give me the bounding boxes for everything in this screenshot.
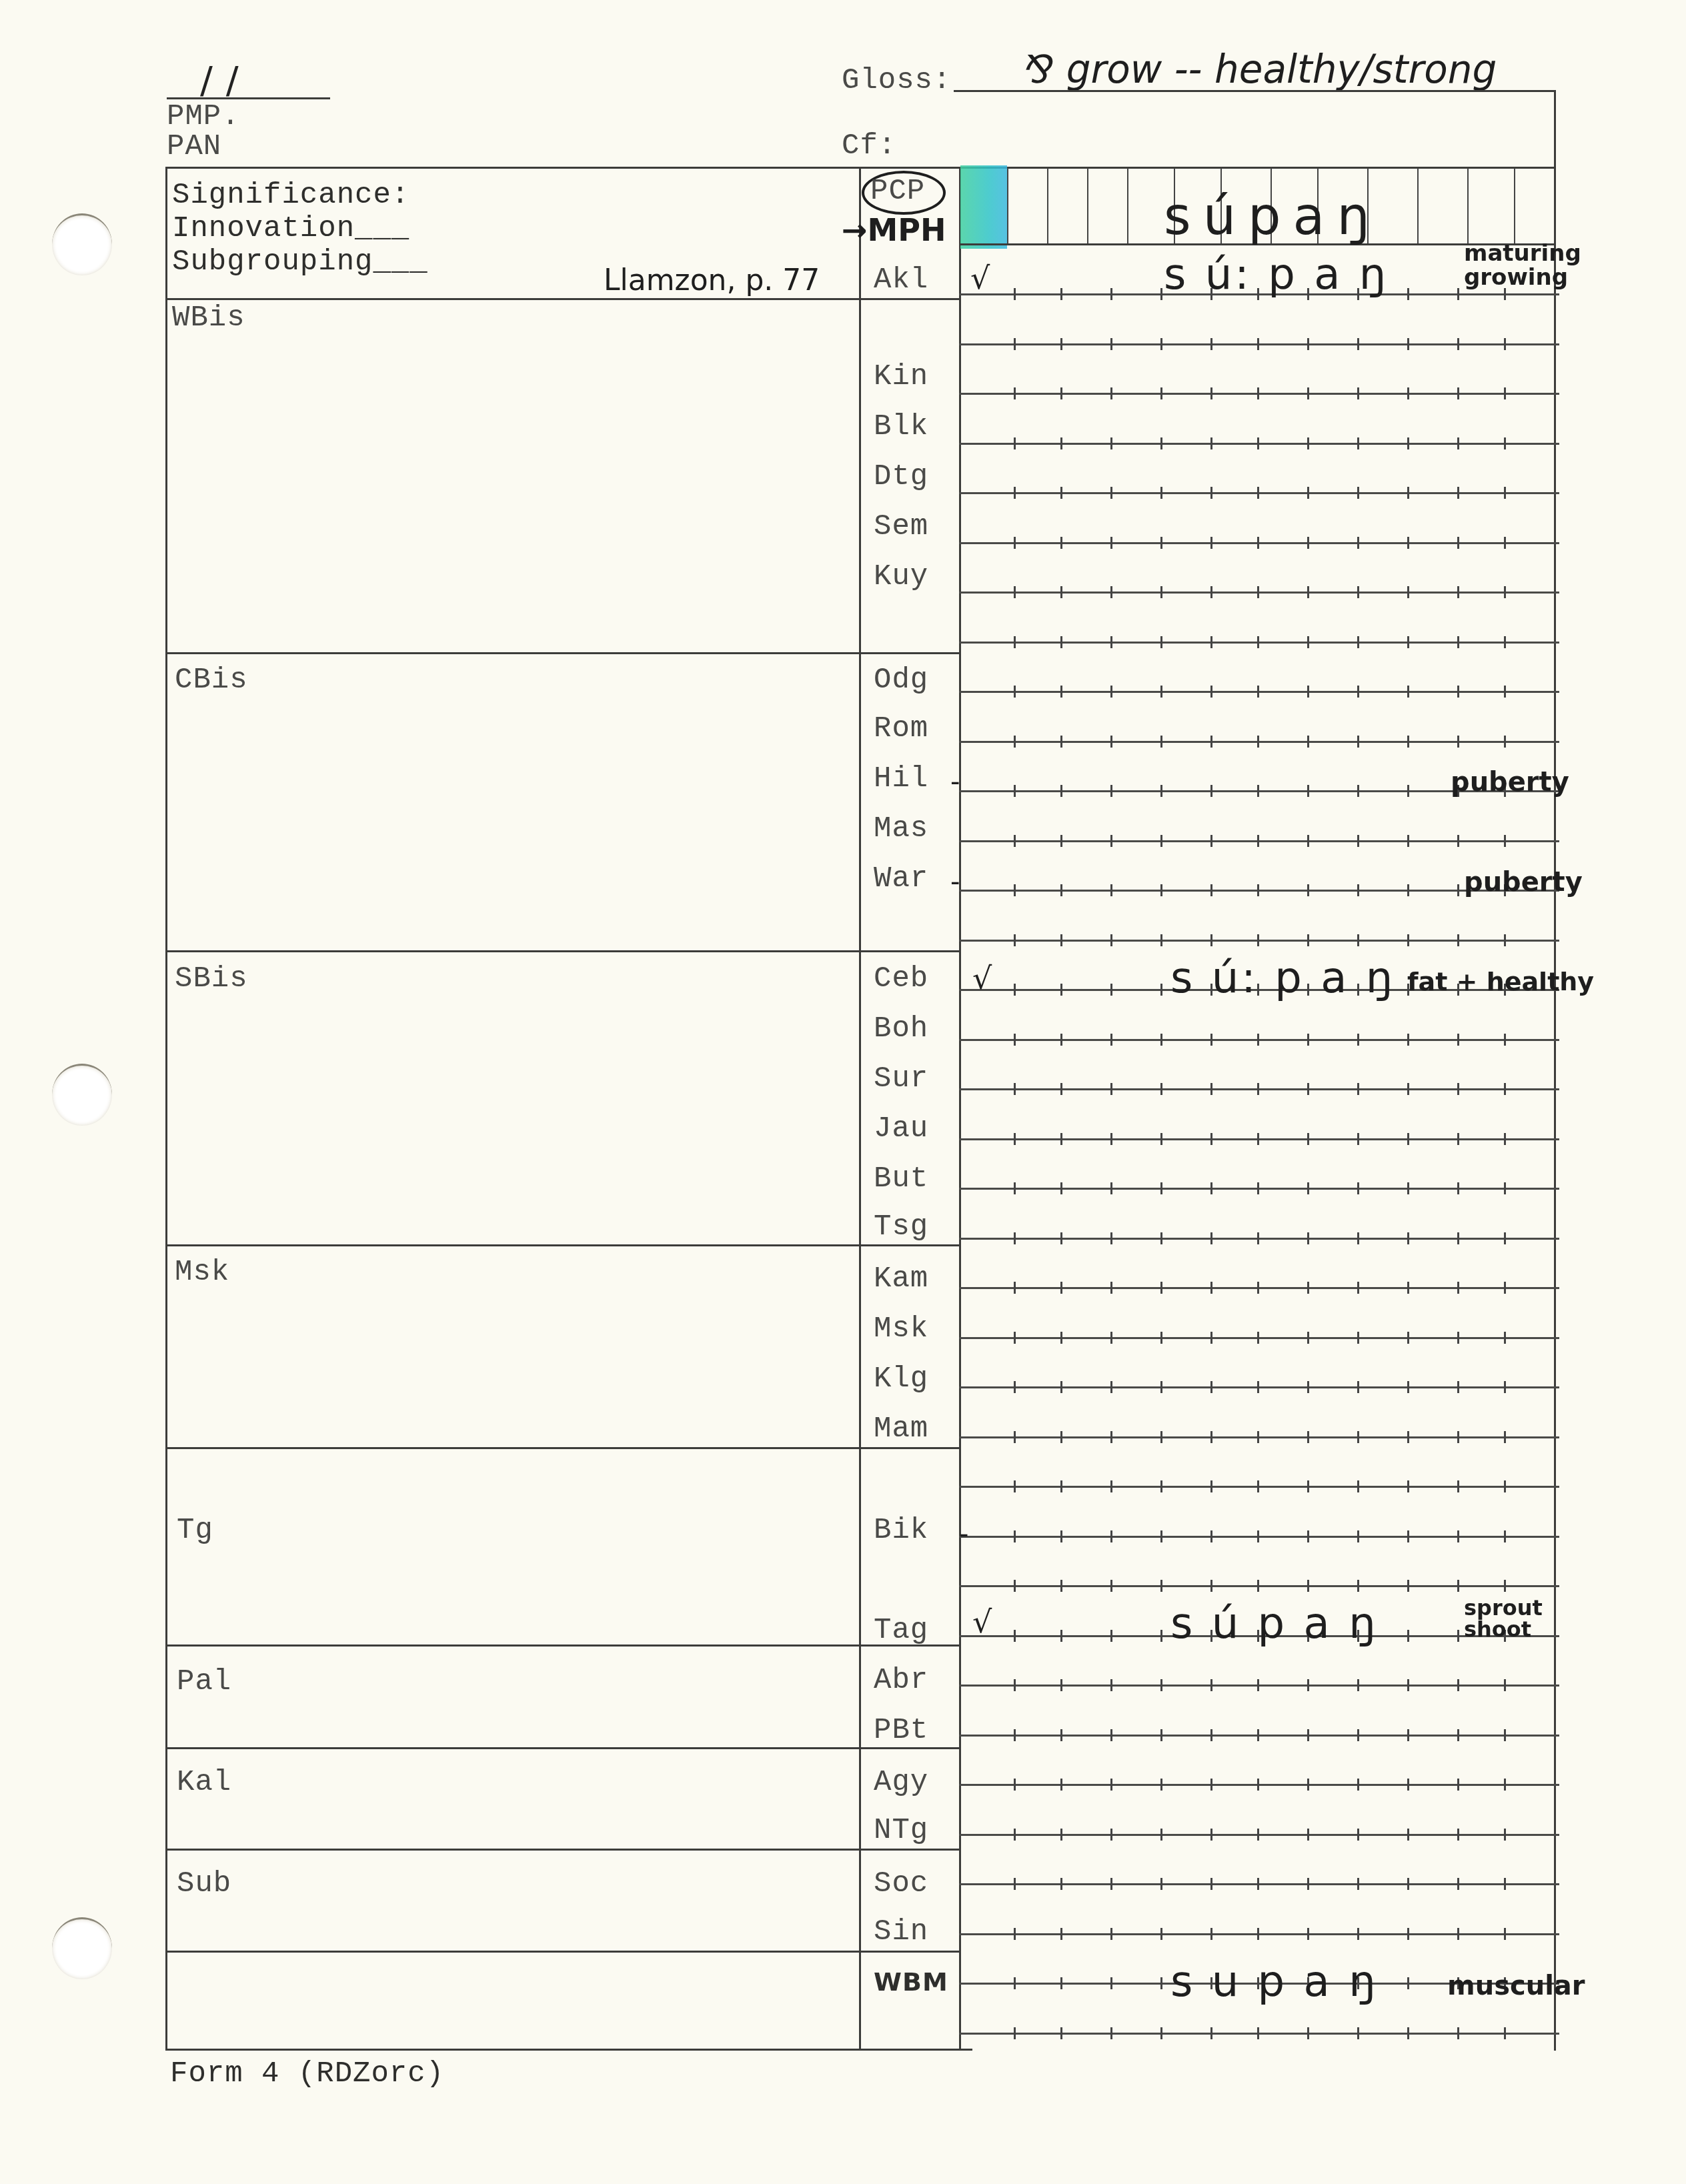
ruled-line-tick xyxy=(1457,487,1459,499)
ruled-line-tick xyxy=(1504,1282,1506,1294)
section-label-tg: Tg xyxy=(177,1514,213,1547)
ruled-line-tick xyxy=(1357,785,1359,797)
ruled-line-tick xyxy=(1110,686,1112,698)
ruled-line-tick xyxy=(1504,1679,1506,1691)
ruled-line-tick xyxy=(1060,1829,1062,1841)
section-divider xyxy=(165,1645,961,1647)
punch-hole-bottom xyxy=(52,1917,112,1979)
ruled-line-tick xyxy=(1060,1381,1062,1393)
entry-bik-mark: - xyxy=(959,1519,968,1550)
ruled-line-tick xyxy=(1407,686,1409,698)
subgrouping-field[interactable]: Subgrouping___ xyxy=(172,245,428,279)
ruled-line-tick xyxy=(1210,1034,1212,1046)
ruled-line-tick xyxy=(1110,1480,1112,1492)
ruled-line-tick xyxy=(1060,1282,1062,1294)
ruled-line-tick xyxy=(1160,2027,1162,2039)
ruled-line-tick xyxy=(1407,1182,1409,1194)
ruled-line-tick xyxy=(1357,437,1359,449)
ruled-line-tick xyxy=(1307,884,1309,896)
ruled-line-tick xyxy=(1307,1829,1309,1841)
ruled-line-tick xyxy=(1014,934,1016,946)
form-label: Form 4 (RDZorc) xyxy=(170,2057,444,2091)
ruled-line-tick xyxy=(1504,437,1506,449)
ruled-line-tick xyxy=(1307,686,1309,698)
section-divider xyxy=(165,1849,961,1851)
ruled-line-tick xyxy=(1110,1630,1112,1642)
ruled-line xyxy=(959,1536,1559,1538)
language-label-hil: Hil xyxy=(874,762,960,796)
ruled-line xyxy=(959,1337,1559,1339)
gloss-label: Gloss: xyxy=(842,64,951,97)
ruled-line-tick xyxy=(1060,1580,1062,1592)
ruled-line-tick xyxy=(1110,785,1112,797)
language-label-ceb: Ceb xyxy=(874,962,960,996)
ruled-line xyxy=(959,940,1559,942)
ruled-line-tick xyxy=(1357,1829,1359,1841)
ruled-line xyxy=(959,1088,1559,1090)
ruled-line-tick xyxy=(1110,1829,1112,1841)
language-label-jau: Jau xyxy=(874,1112,960,1146)
ruled-line-tick xyxy=(1110,1083,1112,1095)
ruled-line-tick xyxy=(1357,1381,1359,1393)
ruled-line-tick xyxy=(1307,338,1309,350)
ruled-line-tick xyxy=(1504,537,1506,549)
ruled-line-tick xyxy=(1407,487,1409,499)
ruled-line-tick xyxy=(1407,1829,1409,1841)
ruled-line-tick xyxy=(1407,1133,1409,1145)
ruled-line-tick xyxy=(1357,537,1359,549)
ruled-line-tick xyxy=(1357,387,1359,399)
ruled-line-tick xyxy=(1257,1878,1259,1890)
ruled-line-tick xyxy=(1457,437,1459,449)
ruled-line-tick xyxy=(1110,1580,1112,1592)
ruled-line-tick xyxy=(1307,785,1309,797)
ruled-line-tick xyxy=(1014,1679,1016,1691)
entry-wbm-gloss[interactable]: muscular xyxy=(1447,1971,1585,2001)
section-divider xyxy=(165,1244,961,1246)
ruled-line xyxy=(959,840,1559,842)
section-divider xyxy=(165,652,961,654)
language-label-msk: Msk xyxy=(874,1312,960,1346)
ruled-line-tick xyxy=(1457,387,1459,399)
ruled-line-tick xyxy=(1014,2027,1016,2039)
ruled-line-tick xyxy=(1407,1878,1409,1890)
ruled-line-tick xyxy=(1014,1729,1016,1741)
reconstruction-form[interactable]: súpaŋ xyxy=(1164,187,1382,247)
reconstruction-cell-divider xyxy=(1514,168,1515,243)
ruled-line-tick xyxy=(1160,487,1162,499)
ruled-line-tick xyxy=(1307,487,1309,499)
ruled-line-tick xyxy=(1504,736,1506,748)
language-label-soc: Soc xyxy=(874,1867,960,1901)
ruled-line-tick xyxy=(1014,1829,1016,1841)
ruled-line-tick xyxy=(1407,1232,1409,1244)
ruled-line xyxy=(959,691,1559,693)
section-label-cbis: CBis xyxy=(175,664,248,697)
ruled-line-tick xyxy=(1357,1332,1359,1344)
cf-label: Cf: xyxy=(842,129,896,163)
ruled-line-tick xyxy=(1457,1679,1459,1691)
language-label-sem: Sem xyxy=(874,510,960,543)
ruled-line xyxy=(959,343,1559,345)
ruled-line-tick xyxy=(1457,1878,1459,1890)
ruled-line-tick xyxy=(1014,1282,1016,1294)
ruled-line-tick xyxy=(1060,1530,1062,1542)
ruled-line-tick xyxy=(1357,1779,1359,1791)
ruled-line-tick xyxy=(1357,934,1359,946)
language-label-mas: Mas xyxy=(874,812,960,846)
ruled-line-tick xyxy=(1407,288,1409,300)
ruled-line-tick xyxy=(1160,1381,1162,1393)
ruled-line-tick xyxy=(1160,1779,1162,1791)
ruled-line-tick xyxy=(1407,1480,1409,1492)
ruled-line xyxy=(959,741,1559,743)
entry-akl-gloss[interactable]: maturing growing xyxy=(1464,241,1564,289)
section-label-msk: Msk xyxy=(175,1256,229,1289)
ruled-line-tick xyxy=(1210,1928,1212,1940)
language-label-blk: Blk xyxy=(874,410,960,443)
language-label-war: War xyxy=(874,862,960,896)
grid-right-edge xyxy=(1554,167,1556,2051)
ruled-line-tick xyxy=(1457,1580,1459,1592)
ruled-line-tick xyxy=(1160,387,1162,399)
ruled-line-tick xyxy=(1457,338,1459,350)
language-label-but: But xyxy=(874,1162,960,1196)
ruled-line-tick xyxy=(1110,1977,1112,1989)
ruled-line-tick xyxy=(1307,1779,1309,1791)
language-label-agy: Agy xyxy=(874,1766,960,1799)
ruled-line-tick xyxy=(1407,1530,1409,1542)
ruled-line-tick xyxy=(1407,1729,1409,1741)
ruled-line-tick xyxy=(1014,1580,1016,1592)
ruled-line-tick xyxy=(1210,1878,1212,1890)
ruled-line-tick xyxy=(1160,1530,1162,1542)
ruled-line-tick xyxy=(1457,884,1459,896)
divider-left-panel xyxy=(859,167,861,2051)
ruled-line-tick xyxy=(1014,1083,1016,1095)
ruled-line-tick xyxy=(1110,1679,1112,1691)
entry-tag-form[interactable]: s ú p a ŋ xyxy=(1170,1599,1379,1649)
language-label-sin: Sin xyxy=(874,1915,960,1949)
ruled-line-tick xyxy=(1257,1580,1259,1592)
ruled-line-tick xyxy=(1457,1829,1459,1841)
ruled-line-tick xyxy=(1457,1034,1459,1046)
ruled-line-tick xyxy=(1407,1630,1409,1642)
ruled-line-tick xyxy=(1210,1332,1212,1344)
ruled-line-tick xyxy=(1014,686,1016,698)
ruled-line-tick xyxy=(1110,1282,1112,1294)
ruled-line-tick xyxy=(1210,437,1212,449)
language-label-kin: Kin xyxy=(874,360,960,393)
language-label-odg: Odg xyxy=(874,664,960,697)
ruled-line-tick xyxy=(1014,1977,1016,1989)
entry-akl-form[interactable]: s ú: p a ŋ xyxy=(1164,250,1389,299)
ruled-line-tick xyxy=(1110,387,1112,399)
reference-note: Llamzon, p. 77 xyxy=(604,263,820,297)
entry-akl-mark: √ xyxy=(970,260,990,296)
ruled-line-tick xyxy=(1060,1034,1062,1046)
ruled-line xyxy=(959,1486,1559,1488)
ruled-line-tick xyxy=(1357,487,1359,499)
entry-ceb-gloss[interactable]: fat + healthy xyxy=(1407,967,1594,996)
ruled-line-tick xyxy=(1457,636,1459,648)
ruled-line-tick xyxy=(1357,1580,1359,1592)
ruled-line-tick xyxy=(1110,1332,1112,1344)
ruled-line-tick xyxy=(1060,1480,1062,1492)
ruled-line-tick xyxy=(1110,1530,1112,1542)
ruled-line-tick xyxy=(1014,1431,1016,1443)
ruled-line-tick xyxy=(1257,1779,1259,1791)
ruled-line-tick xyxy=(1357,1182,1359,1194)
ruled-line-tick xyxy=(1014,785,1016,797)
ruled-line-tick xyxy=(1160,835,1162,847)
ruled-line xyxy=(959,1287,1559,1289)
ruled-line-tick xyxy=(1257,1679,1259,1691)
ruled-line-tick xyxy=(1257,487,1259,499)
ruled-line-tick xyxy=(1307,387,1309,399)
entry-hil-mark: - xyxy=(950,767,960,798)
reconstruction-cell-divider xyxy=(1047,168,1048,243)
ruled-line xyxy=(959,1386,1559,1388)
ruled-line-tick xyxy=(1307,1034,1309,1046)
ruled-line-tick xyxy=(1014,288,1016,300)
ruled-line-tick xyxy=(1014,1630,1016,1642)
ruled-line-tick xyxy=(1407,884,1409,896)
ruled-line-tick xyxy=(1504,1779,1506,1791)
ruled-line-tick xyxy=(1257,1530,1259,1542)
ruled-line-tick xyxy=(1457,1083,1459,1095)
punch-hole-top xyxy=(52,213,112,275)
section-label-wbis: WBis xyxy=(172,301,245,335)
mph-label: →MPH xyxy=(842,212,946,248)
ruled-line xyxy=(959,443,1559,445)
ruled-line-tick xyxy=(1060,884,1062,896)
ruled-line-tick xyxy=(1357,636,1359,648)
ruled-line-tick xyxy=(1014,1182,1016,1194)
ruled-line-tick xyxy=(1357,835,1359,847)
ruled-line-tick xyxy=(1357,1232,1359,1244)
ruled-line-tick xyxy=(1060,835,1062,847)
ruled-line-tick xyxy=(1257,736,1259,748)
section-label-sbis: SBis xyxy=(175,962,248,996)
ruled-line-tick xyxy=(1504,338,1506,350)
ruled-line-tick xyxy=(1160,1480,1162,1492)
punch-hole-middle xyxy=(52,1064,112,1126)
reconstruction-cell-divider xyxy=(1417,168,1419,243)
section-label-sub: Sub xyxy=(177,1867,231,1901)
reconstruction-cell-divider xyxy=(1127,168,1128,243)
ruled-line-tick xyxy=(1110,934,1112,946)
ruled-line-tick xyxy=(1110,884,1112,896)
ruled-line-tick xyxy=(1014,487,1016,499)
ruled-line-tick xyxy=(1504,934,1506,946)
ruled-line xyxy=(959,542,1559,544)
ruled-line-tick xyxy=(1014,1232,1016,1244)
ruled-line-tick xyxy=(1504,835,1506,847)
ruled-line-tick xyxy=(1257,1928,1259,1940)
section-divider xyxy=(165,1747,961,1749)
ruled-line-tick xyxy=(1160,1928,1162,1940)
ruled-line-tick xyxy=(1307,835,1309,847)
language-label-wbm: WBM xyxy=(874,1967,960,1997)
ruled-line-tick xyxy=(1210,785,1212,797)
language-label-boh: Boh xyxy=(874,1012,960,1046)
ruled-line-tick xyxy=(1257,636,1259,648)
ruled-line-tick xyxy=(1504,1381,1506,1393)
ruled-line-tick xyxy=(1110,1133,1112,1145)
language-label-tsg: Tsg xyxy=(874,1210,960,1244)
ruled-line-tick xyxy=(1257,387,1259,399)
ruled-line-tick xyxy=(1210,1480,1212,1492)
ruled-line-tick xyxy=(1457,2027,1459,2039)
ruled-line-tick xyxy=(1110,1431,1112,1443)
ruled-line-tick xyxy=(1257,1232,1259,1244)
language-label-bik: Bik xyxy=(874,1514,960,1547)
ruled-line-tick xyxy=(1160,1034,1162,1046)
ruled-line-tick xyxy=(1257,586,1259,598)
ruled-line-tick xyxy=(1407,387,1409,399)
ruled-line-tick xyxy=(1407,1083,1409,1095)
entry-hil-gloss[interactable]: puberty xyxy=(1451,767,1569,798)
entry-ceb-mark: √ xyxy=(972,960,992,996)
ruled-line-tick xyxy=(1257,835,1259,847)
ruled-line-tick xyxy=(1307,1928,1309,1940)
ruled-line-tick xyxy=(1210,686,1212,698)
ruled-line xyxy=(959,1784,1559,1786)
innovation-field[interactable]: Innovation___ xyxy=(172,212,409,245)
ruled-line-tick xyxy=(1160,884,1162,896)
ruled-line-tick xyxy=(1357,1530,1359,1542)
ruled-line-tick xyxy=(1504,1928,1506,1940)
frame-left xyxy=(165,167,167,2051)
ruled-line-tick xyxy=(1407,1332,1409,1344)
ruled-line-tick xyxy=(1257,1729,1259,1741)
ruled-line-tick xyxy=(1160,338,1162,350)
section-divider xyxy=(165,950,961,952)
ruled-line-tick xyxy=(1110,835,1112,847)
entry-ceb-form[interactable]: s ú: p a ŋ xyxy=(1170,954,1395,1003)
ruled-line-tick xyxy=(1060,2027,1062,2039)
language-label-kam: Kam xyxy=(874,1262,960,1296)
ruled-line-tick xyxy=(1357,736,1359,748)
ruled-line xyxy=(959,642,1559,644)
ruled-line-tick xyxy=(1110,736,1112,748)
ruled-line-tick xyxy=(1014,1928,1016,1940)
ruled-line-tick xyxy=(1110,1232,1112,1244)
ruled-line xyxy=(959,1735,1559,1737)
ruled-line-tick xyxy=(1357,1928,1359,1940)
ruled-line-tick xyxy=(1307,1381,1309,1393)
ruled-line-tick xyxy=(1257,1381,1259,1393)
ruled-line-tick xyxy=(1257,1282,1259,1294)
ruled-line-tick xyxy=(1407,1034,1409,1046)
ruled-line-tick xyxy=(1210,487,1212,499)
ruled-line-tick xyxy=(1110,288,1112,300)
ruled-line-tick xyxy=(1160,934,1162,946)
highlight-marker xyxy=(960,165,1007,249)
language-label-mam: Mam xyxy=(874,1412,960,1446)
ruled-line-tick xyxy=(1357,1878,1359,1890)
ruled-line-tick xyxy=(1307,1282,1309,1294)
reconstruction-cell-divider xyxy=(1087,168,1088,243)
ruled-line-tick xyxy=(1060,387,1062,399)
ruled-line-tick xyxy=(1504,686,1506,698)
ruled-line-tick xyxy=(1307,1679,1309,1691)
ruled-line-tick xyxy=(1307,1332,1309,1344)
date-field: / / xyxy=(200,59,239,102)
ruled-line-tick xyxy=(1504,1729,1506,1741)
pmp-label: PMP. xyxy=(167,100,240,133)
ruled-line-tick xyxy=(1407,934,1409,946)
entry-war-gloss[interactable]: puberty xyxy=(1464,867,1583,898)
ruled-line-tick xyxy=(1160,288,1162,300)
gloss-underline xyxy=(954,90,1554,92)
ruled-line-tick xyxy=(1307,1580,1309,1592)
ruled-line-tick xyxy=(1407,835,1409,847)
ruled-line-tick xyxy=(1014,1530,1016,1542)
ruled-line-tick xyxy=(1407,1431,1409,1443)
ruled-line-tick xyxy=(1457,1729,1459,1741)
ruled-line-tick xyxy=(1307,1729,1309,1741)
ruled-line-tick xyxy=(1210,884,1212,896)
ruled-line-tick xyxy=(1210,1729,1212,1741)
language-label-pbt: PBt xyxy=(874,1714,960,1747)
ruled-line-tick xyxy=(1210,2027,1212,2039)
ruled-line-tick xyxy=(1110,636,1112,648)
ruled-line-tick xyxy=(1357,1133,1359,1145)
ruled-line-tick xyxy=(1307,934,1309,946)
ruled-line-tick xyxy=(1014,338,1016,350)
ruled-line xyxy=(959,592,1559,594)
ruled-line-tick xyxy=(1407,437,1409,449)
ruled-line xyxy=(959,1238,1559,1240)
ruled-line-tick xyxy=(1060,636,1062,648)
ruled-line-tick xyxy=(1357,2027,1359,2039)
ruled-line-tick xyxy=(1060,1182,1062,1194)
entry-wbm-form[interactable]: s u p a ŋ xyxy=(1170,1957,1379,2007)
ruled-line-tick xyxy=(1060,1232,1062,1244)
ruled-line-tick xyxy=(1504,1829,1506,1841)
ruled-line-tick xyxy=(1357,1480,1359,1492)
ruled-line-tick xyxy=(1110,1928,1112,1940)
ruled-line-tick xyxy=(1407,1679,1409,1691)
ruled-line-tick xyxy=(1257,1829,1259,1841)
entry-tag-gloss[interactable]: sprout shoot xyxy=(1464,1597,1537,1640)
language-label-ntg: NTg xyxy=(874,1814,960,1847)
ruled-line-tick xyxy=(1307,1431,1309,1443)
ruled-line xyxy=(959,1685,1559,1687)
ruled-line-tick xyxy=(1160,1729,1162,1741)
date-underline xyxy=(167,97,330,99)
ruled-line-tick xyxy=(1110,338,1112,350)
language-label-kuy: Kuy xyxy=(874,560,960,594)
language-label-abr: Abr xyxy=(874,1664,960,1697)
ruled-line-tick xyxy=(1504,636,1506,648)
ruled-line-tick xyxy=(1210,338,1212,350)
ruled-line xyxy=(959,393,1559,395)
ruled-line-tick xyxy=(1407,1928,1409,1940)
ruled-line-tick xyxy=(1257,338,1259,350)
ruled-line-tick xyxy=(1060,1083,1062,1095)
ruled-line-tick xyxy=(1160,537,1162,549)
ruled-line-tick xyxy=(1357,884,1359,896)
ruled-line-tick xyxy=(1457,586,1459,598)
ruled-line-tick xyxy=(1307,586,1309,598)
ruled-line-tick xyxy=(1457,537,1459,549)
gloss-value[interactable]: ⅋ grow -- healthy/strong xyxy=(1024,47,1497,92)
ruled-line-tick xyxy=(1407,1779,1409,1791)
ruled-line xyxy=(959,1436,1559,1438)
